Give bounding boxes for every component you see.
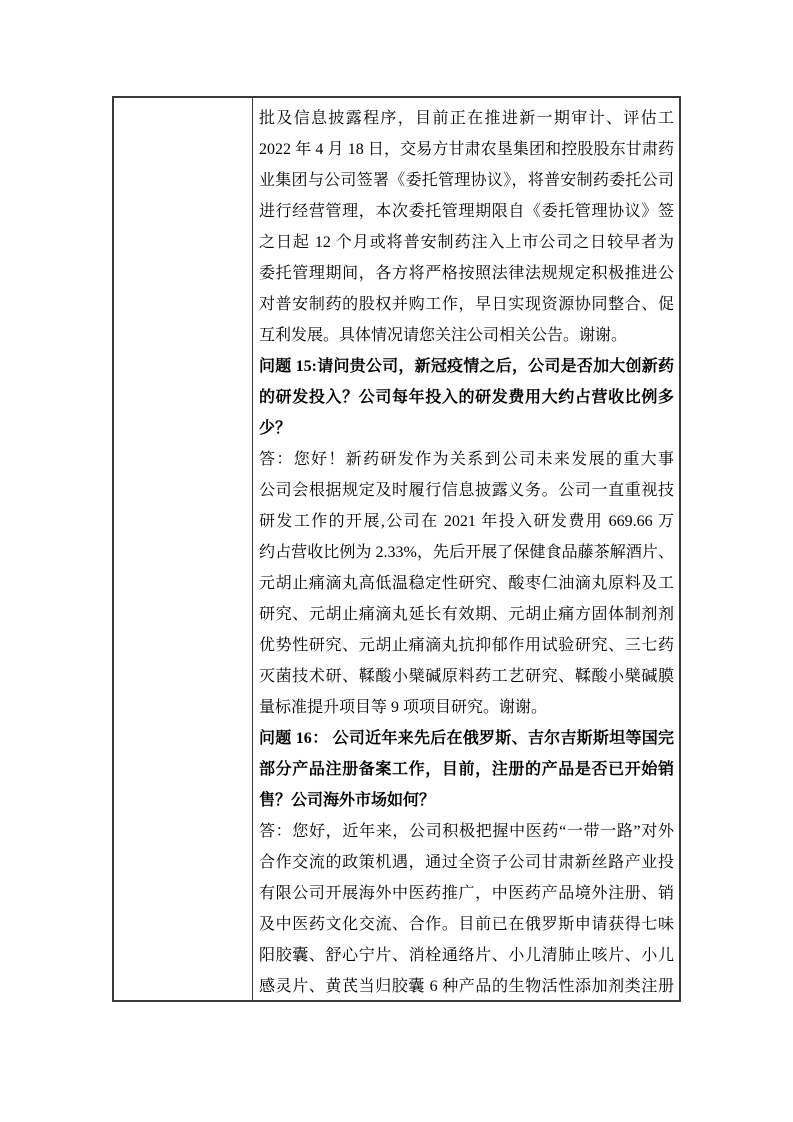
text-line: 2022 年 4 月 18 日，交易方甘肃农垦集团和控股股东甘肃药 xyxy=(259,134,674,165)
text-line: 感灵片、黄芪当归胶囊 6 种产品的生物活性添加剂类注册证 xyxy=(259,971,674,1000)
text-line: 问题 15:请问贵公司，新冠疫情之后，公司是否加大创新药 xyxy=(259,351,674,382)
label-cell-empty xyxy=(114,98,253,1000)
text-line: 售？公司海外市场如何？ xyxy=(259,785,674,816)
text-line: 约占营收比例为 2.33%，先后开展了保健食品藤茶解酒片、 xyxy=(259,537,674,568)
text-line: 及中医药文化交流、合作。目前已在俄罗斯申请获得七味温 xyxy=(259,909,674,940)
text-line: 优势性研究、元胡止痛滴丸抗抑郁作用试验研究、三七药材 xyxy=(259,630,674,661)
paragraph-question-16: 问题 16： 公司近年来先后在俄罗斯、吉尔吉斯斯坦等国完成 部分产品注册备案工作… xyxy=(259,723,674,816)
text-line: 业集团与公司签署《委托管理协议》，将普安制药委托公司 xyxy=(259,165,674,196)
paragraph-answer-16: 答：您好，近年来，公司积极把握中医药“一带一路”对外 合作交流的政策机遇，通过全… xyxy=(259,816,674,1000)
text-line: 研发工作的开展,公司在 2021 年投入研发费用 669.66 万元， xyxy=(259,506,674,537)
document-page: 批及信息披露程序，目前正在推进新一期审计、评估工作。 2022 年 4 月 18… xyxy=(0,0,793,1122)
text-line: 对普安制药的股权并购工作，早日实现资源协同整合、促进 xyxy=(259,289,674,320)
text-line: 的研发投入？公司每年投入的研发费用大约占营收比例多 xyxy=(259,382,674,413)
text-line: 有限公司开展海外中医药推广，中医药产品境外注册、销售 xyxy=(259,878,674,909)
text-line: 答：您好！新药研发作为关系到公司未来发展的重大事项， xyxy=(259,444,674,475)
text-line: 研究、元胡止痛滴丸延长有效期、元胡止痛方固体制剂剂型 xyxy=(259,599,674,630)
paragraph-question-15: 问题 15:请问贵公司，新冠疫情之后，公司是否加大创新药 的研发投入？公司每年投… xyxy=(259,351,674,444)
text-line: 之日起 12 个月或将普安制药注入上市公司之日较早者为止； xyxy=(259,227,674,258)
qa-table: 批及信息披露程序，目前正在推进新一期审计、评估工作。 2022 年 4 月 18… xyxy=(112,96,681,1002)
text-line: 部分产品注册备案工作，目前，注册的产品是否已开始销 xyxy=(259,754,674,785)
text-line: 量标准提升项目等 9 项项目研究。谢谢。 xyxy=(259,692,674,723)
text-line: 阳胶囊、舒心宁片、消栓通络片、小儿清肺止咳片、小儿清 xyxy=(259,940,674,971)
text-line: 少？ xyxy=(259,413,674,444)
text-line: 答：您好，近年来，公司积极把握中医药“一带一路”对外 xyxy=(259,816,674,847)
text-line: 灭菌技术研、鞣酸小檗碱原料药工艺研究、鞣酸小檗碱膜质 xyxy=(259,661,674,692)
text-line: 批及信息披露程序，目前正在推进新一期审计、评估工作。 xyxy=(259,103,674,134)
text-line: 合作交流的政策机遇，通过全资子公司甘肃新丝路产业投资 xyxy=(259,847,674,878)
text-line: 进行经营管理，本次委托管理期限自《委托管理协议》签订 xyxy=(259,196,674,227)
paragraph-answer-15: 答：您好！新药研发作为关系到公司未来发展的重大事项， 公司会根据规定及时履行信息… xyxy=(259,444,674,723)
text-line: 公司会根据规定及时履行信息披露义务。公司一直重视技术 xyxy=(259,475,674,506)
text-line: 互利发展。具体情况请您关注公司相关公告。谢谢。 xyxy=(259,320,674,351)
paragraph-answer-14-continuation: 批及信息披露程序，目前正在推进新一期审计、评估工作。 2022 年 4 月 18… xyxy=(259,103,674,351)
text-line: 委托管理期间，各方将严格按照法律法规规定积极推进公司 xyxy=(259,258,674,289)
content-cell: 批及信息披露程序，目前正在推进新一期审计、评估工作。 2022 年 4 月 18… xyxy=(253,98,679,1000)
text-line: 元胡止痛滴丸高低温稳定性研究、酸枣仁油滴丸原料及工艺 xyxy=(259,568,674,599)
text-line: 问题 16： 公司近年来先后在俄罗斯、吉尔吉斯斯坦等国完成 xyxy=(259,723,674,754)
